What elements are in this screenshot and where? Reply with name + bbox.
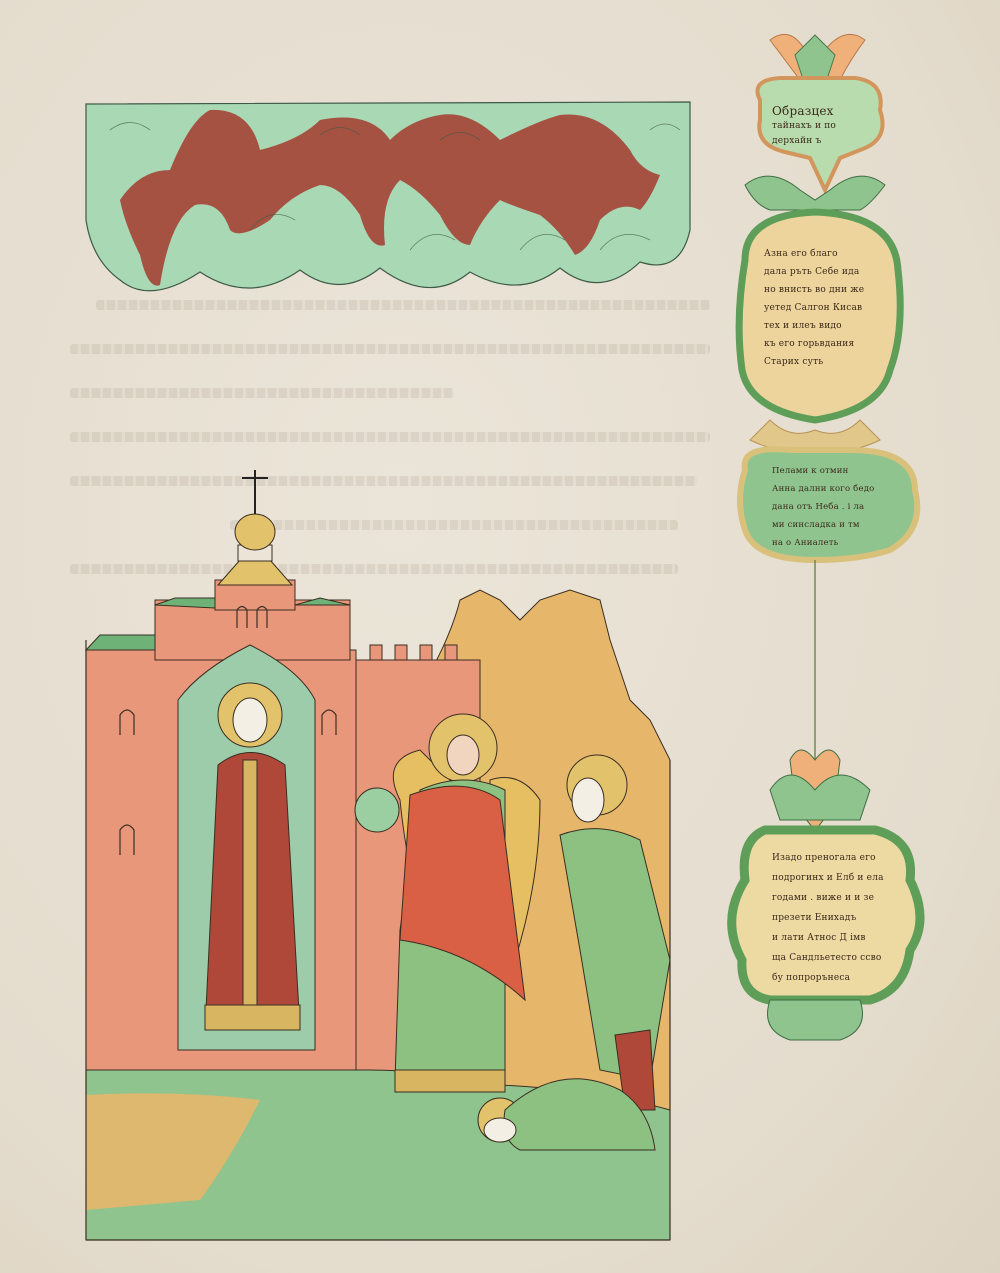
- manuscript-page: Образцех тайнахъ и по дерхайн ъ Азна его…: [0, 0, 1000, 1273]
- miniature-illustration: [0, 0, 1000, 1273]
